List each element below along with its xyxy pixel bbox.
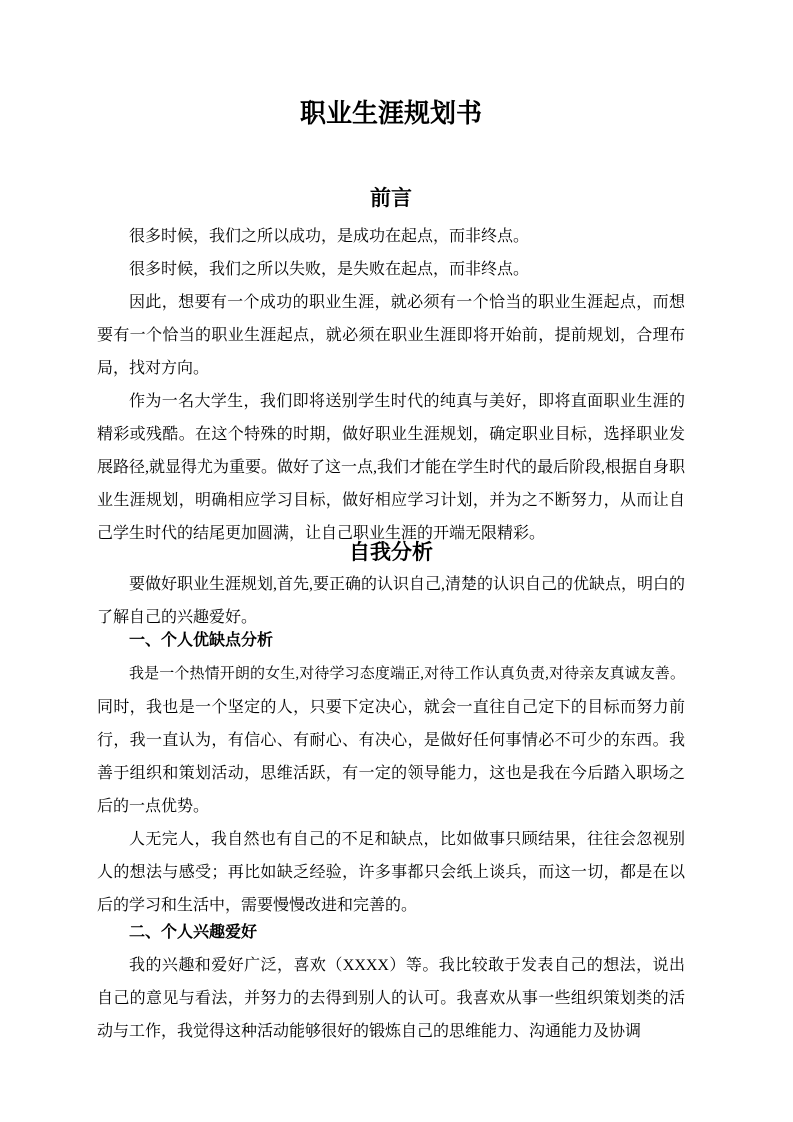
strengths-paragraph-1-lead: 我是一个热情开朗的女生,对待学习态度端正,对待工作认真负责,对待亲友真诚友善。 [129, 666, 685, 682]
document-page: 职业生涯规划书 前言 很多时候，我们之所以成功，是成功在起点，而非终点。 很多时… [0, 0, 793, 1122]
strengths-paragraph-1-rest: 同时，我也是一个坚定的人，只要下定决心，就会一直往自己定下的目标而努力前行，我一… [97, 699, 685, 815]
preface-paragraph-1: 很多时候，我们之所以成功，是成功在起点，而非终点。 [97, 220, 685, 253]
document-content: 职业生涯规划书 前言 很多时候，我们之所以成功，是成功在起点，而非终点。 很多时… [97, 96, 685, 1048]
preface-paragraph-4: 作为一名大学生，我们即将送别学生时代的纯真与美好，即将直面职业生涯的精彩或残酷。… [97, 385, 685, 550]
document-title: 职业生涯规划书 [97, 96, 685, 132]
preface-paragraph-3: 因此，想要有一个成功的职业生涯，就必须有一个恰当的职业生涯起点，而想要有一个恰当… [97, 286, 685, 385]
interests-paragraph-1: 我的兴趣和爱好广泛，喜欢（XXXX）等。我比较敢于发表自己的想法，说出自己的意见… [97, 949, 685, 1048]
strengths-subheading: 一、个人优缺点分析 [97, 624, 685, 657]
strengths-paragraph-1: 我是一个热情开朗的女生,对待学习态度端正,对待工作认真负责,对待亲友真诚友善。同… [97, 657, 685, 823]
strengths-paragraph-2: 人无完人，我自然也有自己的不足和缺点，比如做事只顾结果，往往会忽视别人的想法与感… [97, 823, 685, 922]
preface-heading: 前言 [97, 184, 685, 214]
preface-paragraph-2: 很多时候，我们之所以失败，是失败在起点，而非终点。 [97, 253, 685, 286]
